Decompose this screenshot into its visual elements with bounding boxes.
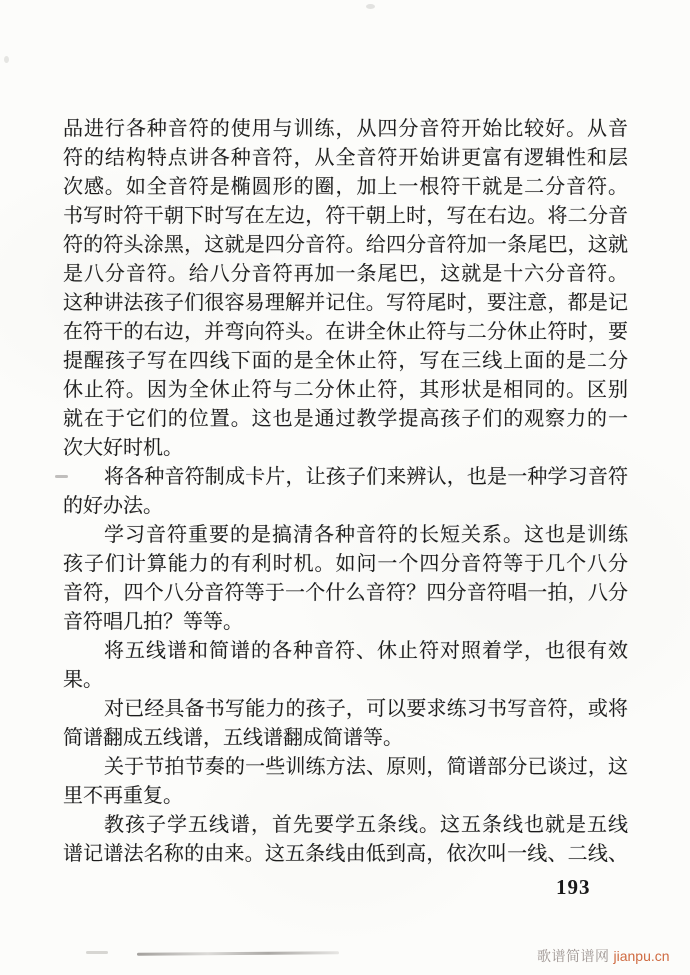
page-number: 193	[556, 875, 591, 900]
scan-artifact-blob	[86, 951, 108, 954]
watermark-site-name: 歌谱简谱网	[537, 950, 610, 965]
text-line: 孩子们计算能力的有利时机。如问一个四分音符等于几个八分	[63, 550, 628, 579]
text-line: 教孩子学五线谱，首先要学五条线。这五条线也就是五线	[63, 811, 628, 840]
scan-artifact-speck	[4, 56, 9, 63]
page-text-block: 品进行各种音符的使用与训练，从四分音符开始比较好。从音 符的结构特点讲各种音符，…	[63, 115, 628, 869]
text-line: 休止符。因为全休止符与二分休止符，其形状是相同的。区别	[63, 376, 628, 405]
text-line: 符的结构特点讲各种音符，从全音符开始讲更富有逻辑性和层	[63, 144, 628, 173]
watermark: 歌谱简谱网jianpu.cn	[537, 946, 670, 966]
text-line: 学习音符重要的是搞清各种音符的长短关系。这也是训练	[63, 521, 628, 550]
text-line: 简谱翻成五线谱，五线谱翻成简谱等。	[63, 724, 628, 753]
text-line: 音符唱几拍？等等。	[63, 608, 628, 637]
watermark-site-url: jianpu.cn	[614, 948, 670, 964]
text-line: 书写时符干朝下时写在左边，符干朝上时，写在右边。将二分音	[63, 202, 628, 231]
text-line: 符的符头涂黑，这就是四分音符。给四分音符加一条尾巴，这就	[63, 231, 628, 260]
text-line: 的好办法。	[63, 492, 628, 521]
text-line: 音符，四个八分音符等于一个什么音符？四分音符唱一拍，八分	[63, 579, 628, 608]
text-line: 这种讲法孩子们很容易理解并记住。写符尾时，要注意，都是记	[63, 289, 628, 318]
scan-artifact-speck	[366, 4, 375, 9]
text-line: 次感。如全音符是椭圆形的圈，加上一根符干就是二分音符。	[63, 173, 628, 202]
text-line: 里不再重复。	[63, 782, 628, 811]
text-line: 将五线谱和简谱的各种音符、休止符对照着学，也很有效	[63, 637, 628, 666]
text-line: 将各种音符制成卡片，让孩子们来辨认，也是一种学习音符	[63, 463, 628, 492]
text-line: 提醒孩子写在四线下面的是全休止符，写在三线上面的是二分	[63, 347, 628, 376]
text-line: 在符干的右边，并弯向符头。在讲全休止符与二分休止符时，要	[63, 318, 628, 347]
text-line: 果。	[63, 666, 628, 695]
scan-artifact-streak	[137, 951, 339, 955]
text-line: 谱记谱法名称的由来。这五条线由低到高，依次叫一线、二线、	[63, 840, 628, 869]
text-line: 就在于它们的位置。这也是通过教学提高孩子们的观察力的一	[63, 405, 628, 434]
text-line: 是八分音符。给八分音符再加一条尾巴，这就是十六分音符。	[63, 260, 628, 289]
text-line: 品进行各种音符的使用与训练，从四分音符开始比较好。从音	[63, 115, 628, 144]
text-line: 关于节拍节奏的一些训练方法、原则，简谱部分已谈过，这	[63, 753, 628, 782]
book-page: 品进行各种音符的使用与训练，从四分音符开始比较好。从音 符的结构特点讲各种音符，…	[0, 0, 690, 975]
text-line: 对已经具备书写能力的孩子，可以要求练习书写音符，或将	[63, 695, 628, 724]
text-line: 次大好时机。	[63, 434, 628, 463]
